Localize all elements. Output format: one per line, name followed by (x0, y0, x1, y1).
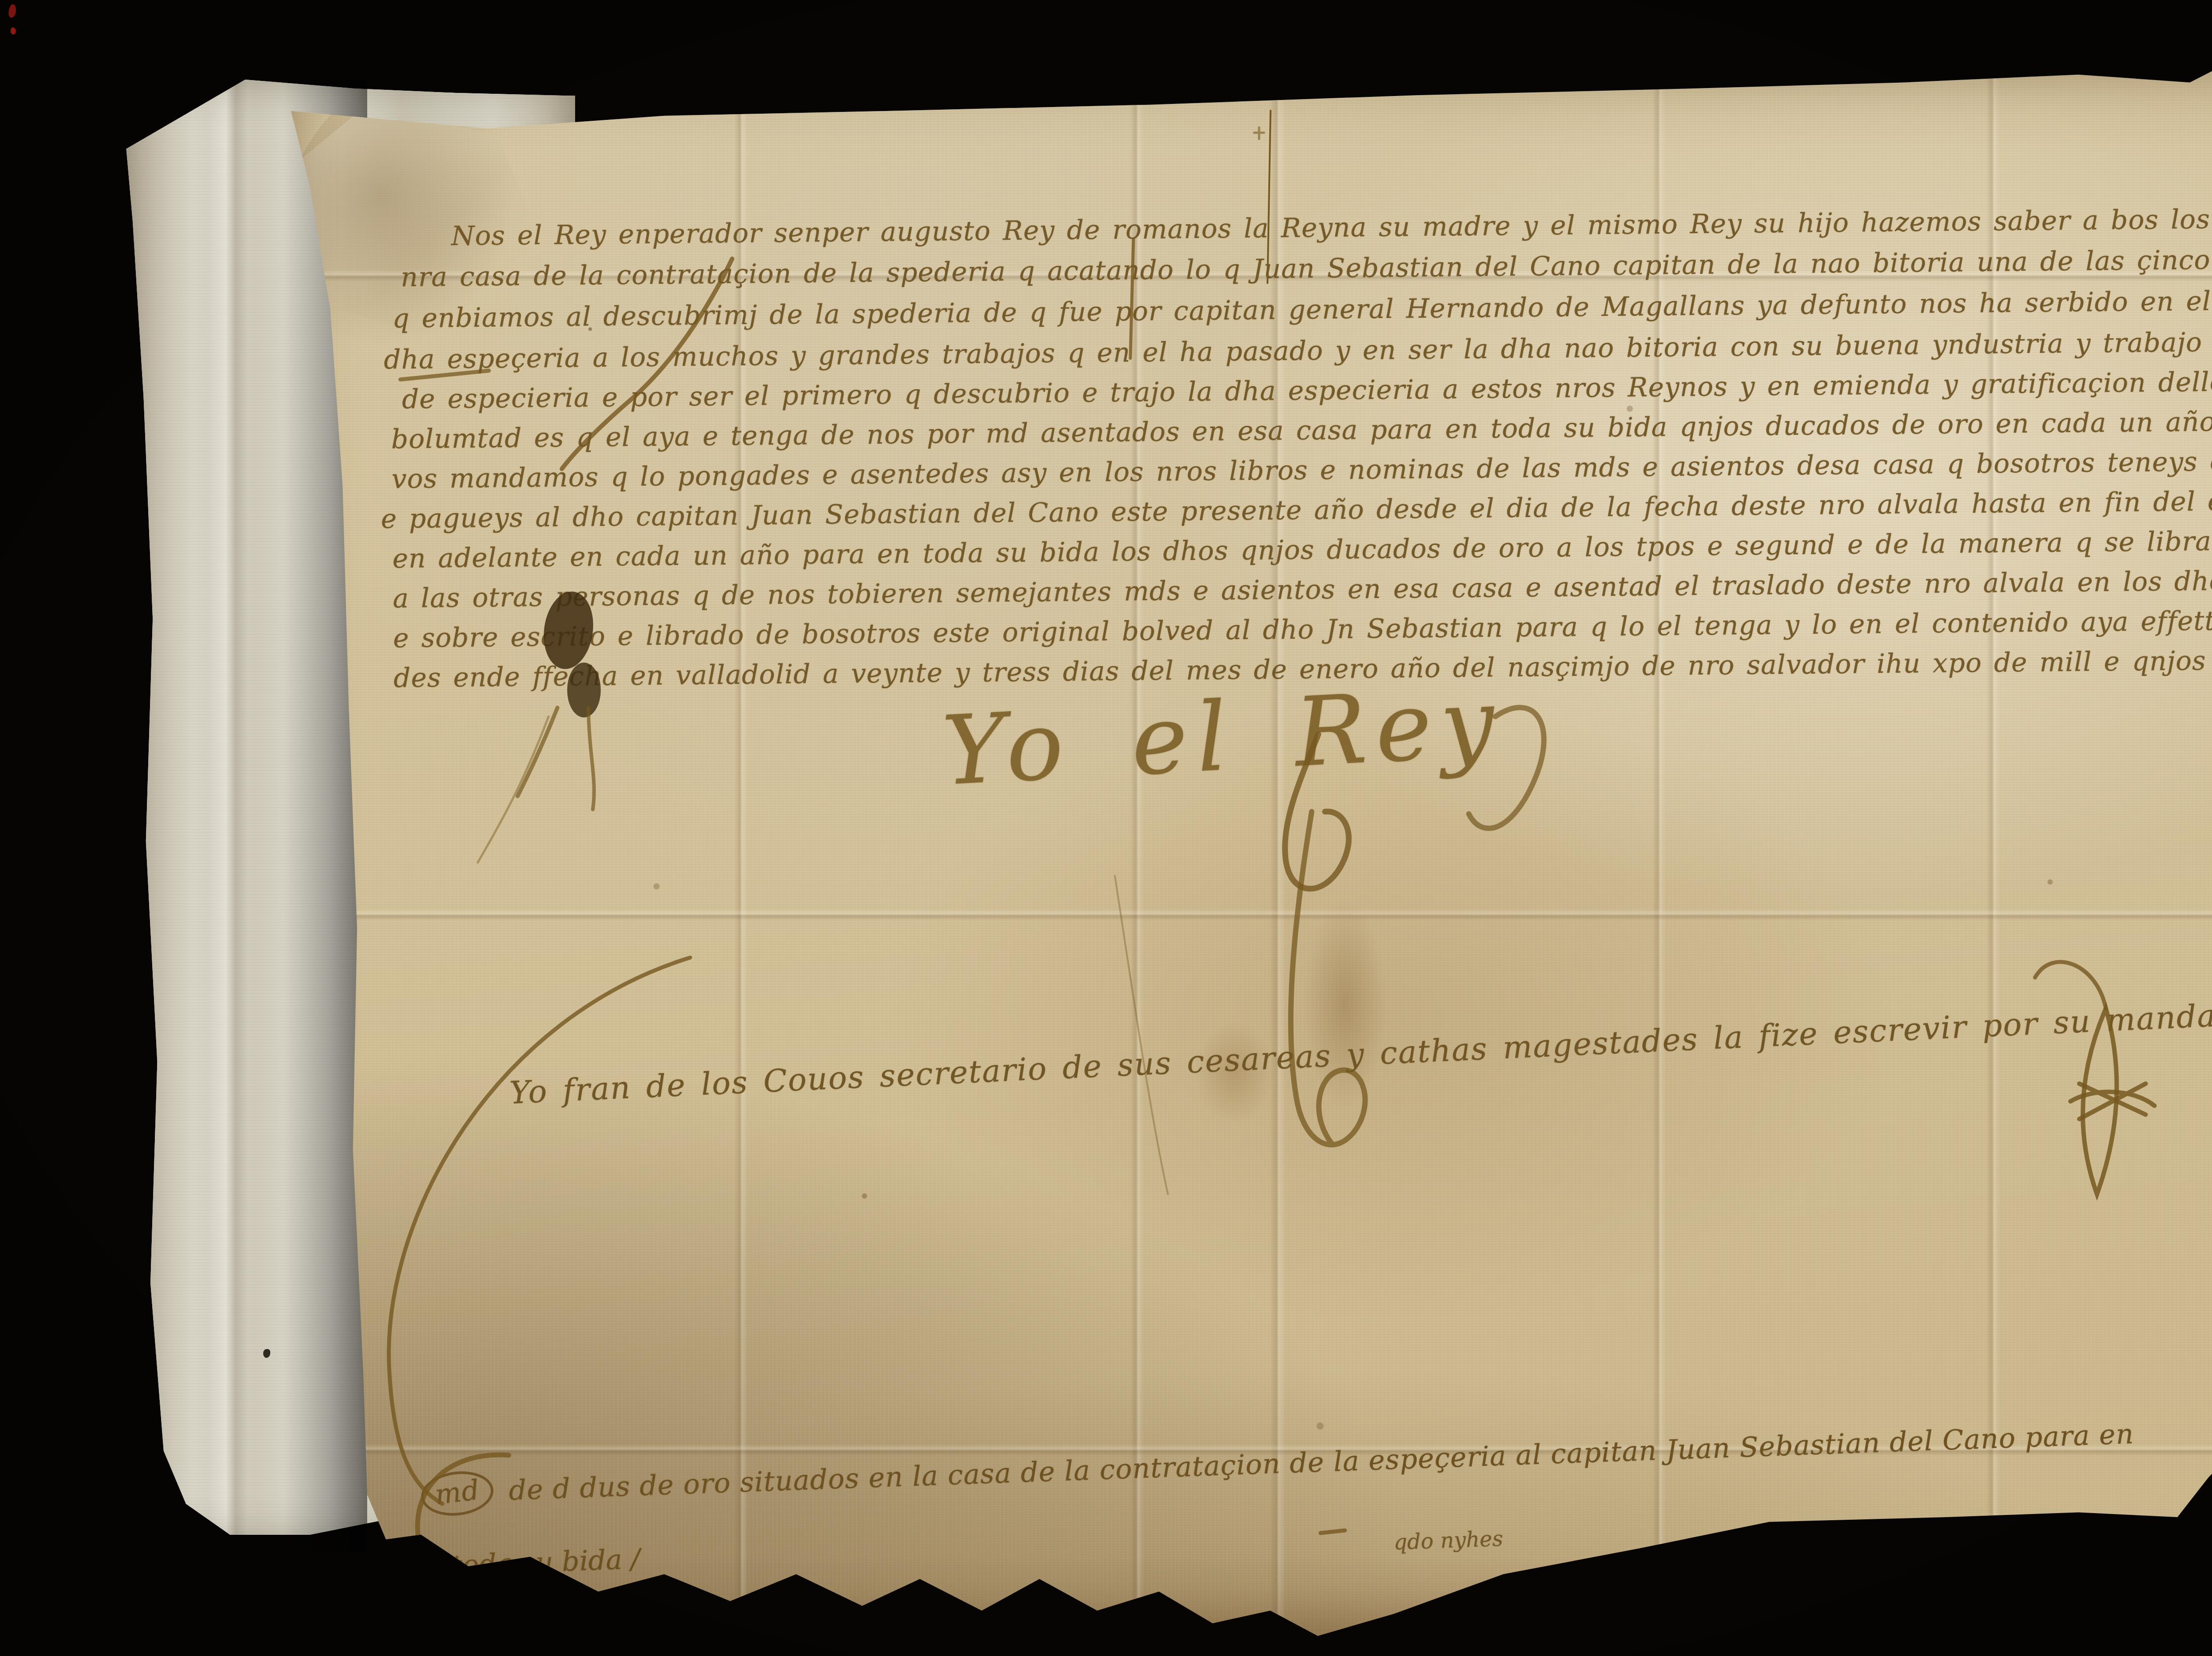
red-speck (11, 27, 16, 34)
paper-edge-shading (279, 62, 2212, 1645)
red-speck (8, 4, 17, 19)
photograph-of-manuscript: Nos el Rey enperador senper augusto Rey … (0, 0, 2212, 1656)
manuscript-sheet: Nos el Rey enperador senper augusto Rey … (279, 62, 2212, 1645)
